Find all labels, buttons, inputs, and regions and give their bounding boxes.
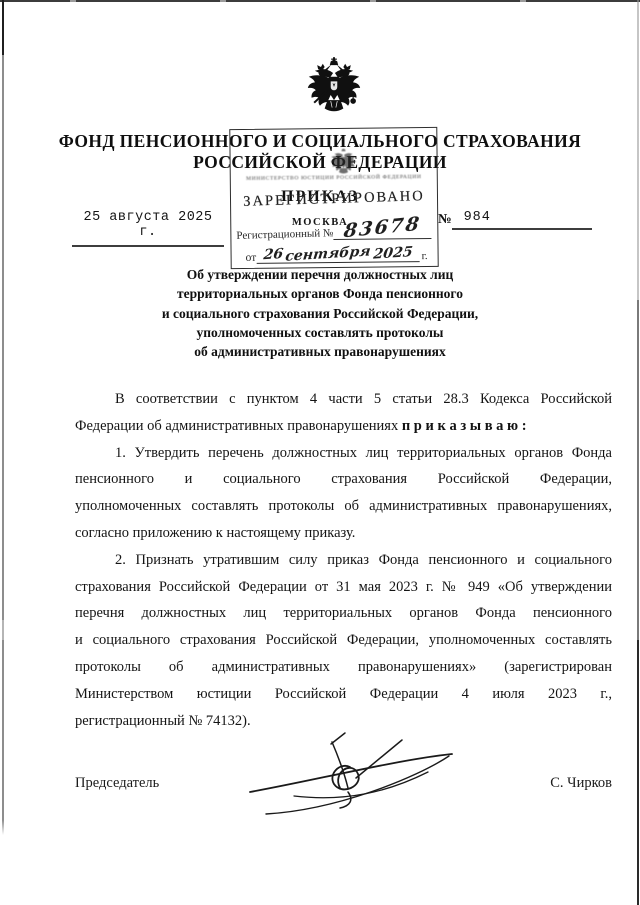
stamp-reg-number-row: Регистрационный № 83678 [236, 220, 431, 241]
stamp-reg-number: 83678 [333, 220, 431, 240]
signer-name: С. Чирков [550, 775, 612, 792]
body-line: перечня должностных лиц территориальных … [75, 600, 612, 627]
body-line: 1. Утвердить перечень должностных лиц те… [75, 440, 612, 467]
body-line: пенсионного и социального страхования Ро… [75, 466, 612, 493]
stamp-date-value: 26 сентября 2025 [256, 245, 420, 264]
document-body: В соответствии с пунктом 4 части 5 стать… [75, 386, 612, 734]
body-line: согласно приложению к настоящему приказу… [75, 520, 612, 547]
body-line: протоколы об административных правонаруш… [75, 654, 612, 681]
body-line: В соответствии с пунктом 4 части 5 стать… [75, 386, 612, 413]
order-title-line: об административных правонарушениях [0, 342, 640, 361]
body-line: Федерации об административных правонаруш… [75, 413, 612, 440]
body-line: и социального страхования Российской Фед… [75, 627, 612, 654]
stamp-date-row: от 26 сентября 2025 г. [246, 245, 428, 264]
body-line: Министерством юстиции Российской Федерац… [75, 681, 612, 708]
stamp-from-label: от [246, 252, 257, 264]
order-title-line: территориальных органов Фонда пенсионног… [0, 284, 640, 303]
doc-number-field: № 984 [438, 210, 592, 230]
signature-icon [236, 730, 466, 825]
scan-edge-top [0, 0, 640, 2]
body-line: страхования Российской Федерации от 31 м… [75, 574, 612, 601]
order-title: Об утверждении перечня должностных лицте… [0, 265, 640, 361]
scan-edge-left [2, 0, 4, 835]
stamp-reg-label: Регистрационный № [236, 227, 333, 242]
document-page: { "header": { "org_name_line1": "ФОНД ПЕ… [0, 0, 640, 905]
coat-of-arms-icon [306, 56, 362, 124]
order-title-line: Об утверждении перечня должностных лиц [0, 265, 640, 284]
order-title-line: и социального страхования Российской Фед… [0, 304, 640, 323]
doc-number-value: 984 [452, 210, 592, 230]
order-title-line: уполномоченных составлять протоколы [0, 323, 640, 342]
stamp-emblem-icon [330, 147, 357, 182]
body-line: 2. Признать утратившим силу приказ Фонда… [75, 547, 612, 574]
body-line: уполномоченных составлять протоколы об а… [75, 493, 612, 520]
stamp-year-suffix: г. [420, 250, 428, 262]
date-field: 25 августа 2025 г. [72, 210, 224, 247]
number-sign: № [438, 211, 452, 230]
orders-keyword: п р и к а з ы в а ю : [402, 418, 527, 434]
position-label: Председатель [75, 775, 159, 792]
stamp-registered-label: ЗАРЕГИСТРИРОВАНО [231, 188, 437, 211]
